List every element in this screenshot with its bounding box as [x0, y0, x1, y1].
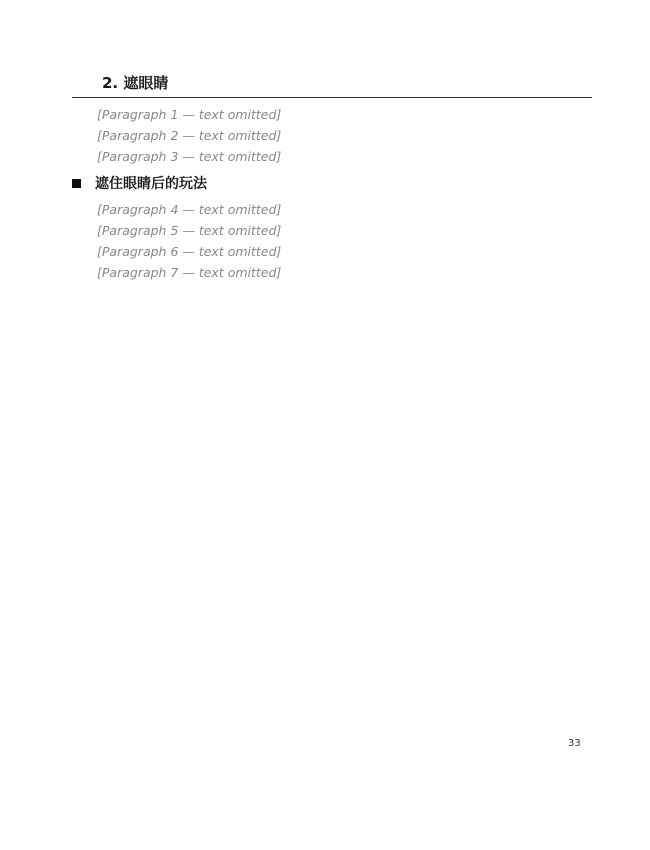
paragraph: [Paragraph 6 — text omitted] [72, 241, 592, 262]
paragraph: [Paragraph 1 — text omitted] [72, 104, 592, 125]
paragraph: [Paragraph 5 — text omitted] [72, 220, 592, 241]
square-bullet-icon [72, 179, 81, 188]
document-page: 2. 遮眼睛 [Paragraph 1 — text omitted] [Par… [72, 72, 592, 283]
paragraph: [Paragraph 2 — text omitted] [72, 125, 592, 146]
subsection-title: 遮住眼睛后的玩法 [95, 173, 207, 193]
subsection-heading: 遮住眼睛后的玩法 [72, 173, 592, 193]
paragraph: [Paragraph 4 — text omitted] [72, 199, 592, 220]
paragraph: [Paragraph 3 — text omitted] [72, 146, 592, 167]
paragraph: [Paragraph 7 — text omitted] [72, 262, 592, 283]
page-number: 33 [568, 738, 581, 749]
section-title: 2. 遮眼睛 [72, 72, 592, 98]
